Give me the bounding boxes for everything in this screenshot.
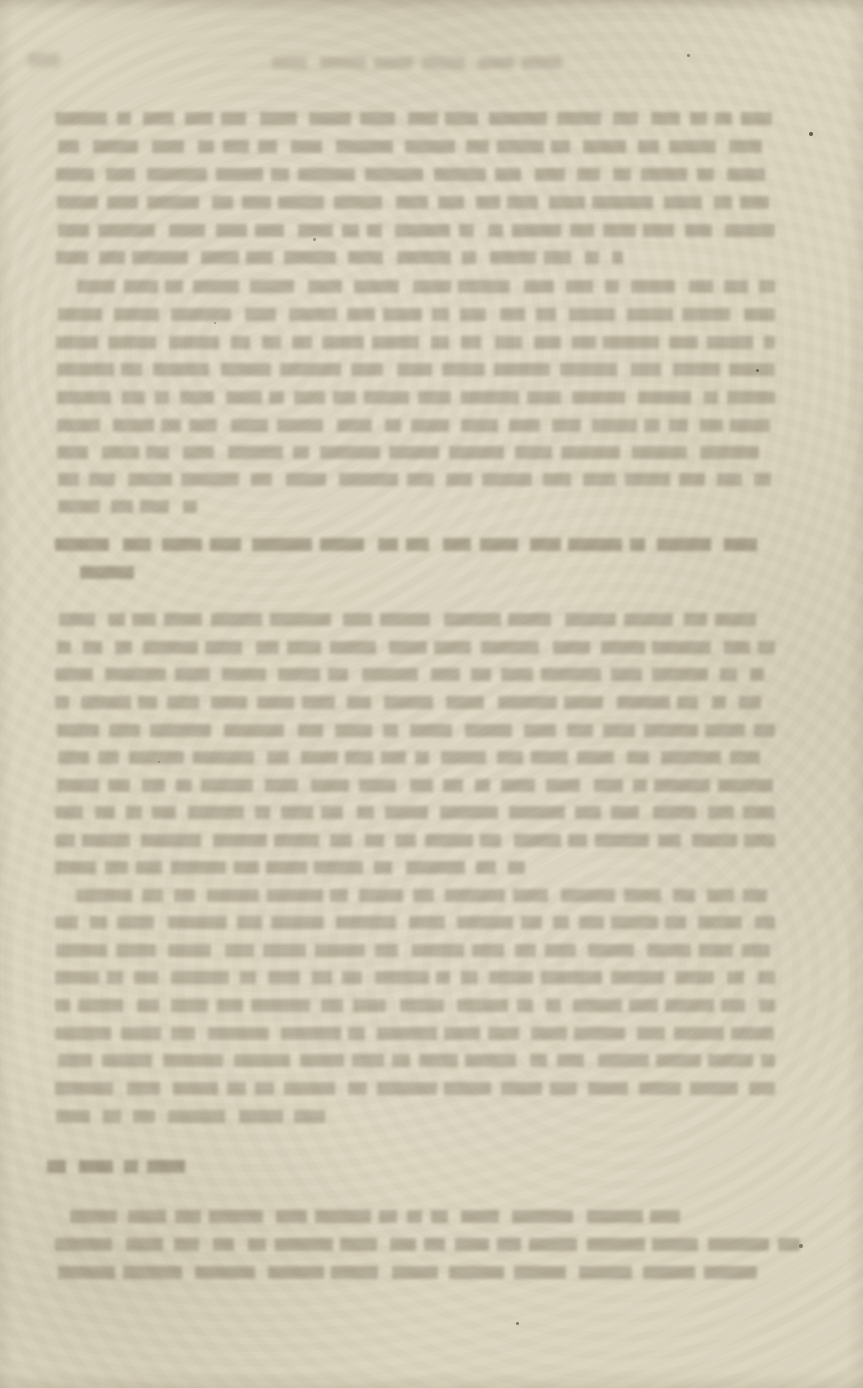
faded-text-line [55,999,775,1012]
faded-text-line [55,419,775,432]
faded-text-line [55,751,775,764]
ink-speck [516,1322,519,1325]
faded-text-line [74,889,775,902]
faded-text-line [55,861,525,874]
ink-speck [809,132,813,136]
faded-text-line [55,1110,327,1123]
faded-text-line [55,724,775,737]
faded-text-line [55,168,775,181]
ink-speck [214,322,216,324]
section-heading-line [80,566,138,579]
faded-text-line [55,641,775,654]
faded-text-line [55,834,775,847]
faded-text-line [57,613,773,626]
faded-text-line [55,473,775,486]
faded-text-line [55,500,197,513]
ink-speck [799,1244,803,1248]
faded-text-line [55,696,775,709]
scanned-page [0,0,863,1388]
faded-text-line [55,140,775,153]
faded-text-line [55,308,775,321]
faded-text-line [55,971,775,984]
section-heading-line [55,538,771,551]
faded-text-line [55,1027,775,1040]
faded-text-line [55,944,775,957]
faded-text-line [55,806,775,819]
ink-speck [756,369,759,372]
subsection-heading-line [46,1160,186,1173]
faded-text-line [55,446,775,459]
faded-text-line [55,224,775,237]
faded-text-line [55,668,775,681]
faded-text-line [55,1054,775,1067]
faded-text-line [74,280,775,293]
page-number-smudge [28,53,60,67]
faded-text-line [55,391,775,404]
faded-text-line [55,916,775,929]
faded-text-line [55,336,775,349]
faded-text-line [55,112,775,125]
faded-text-line [55,1082,775,1095]
faded-text-line [55,196,775,209]
faded-text-line [55,251,623,264]
ink-speck [158,761,160,763]
faded-text-line [55,363,775,376]
faded-text-line [55,779,775,792]
faded-text-line [70,1210,687,1223]
ink-speck [687,54,690,57]
running-header-smudge [270,57,562,69]
faded-text-line [55,1238,800,1251]
ink-speck [313,238,316,241]
faded-text-line [55,1266,757,1279]
